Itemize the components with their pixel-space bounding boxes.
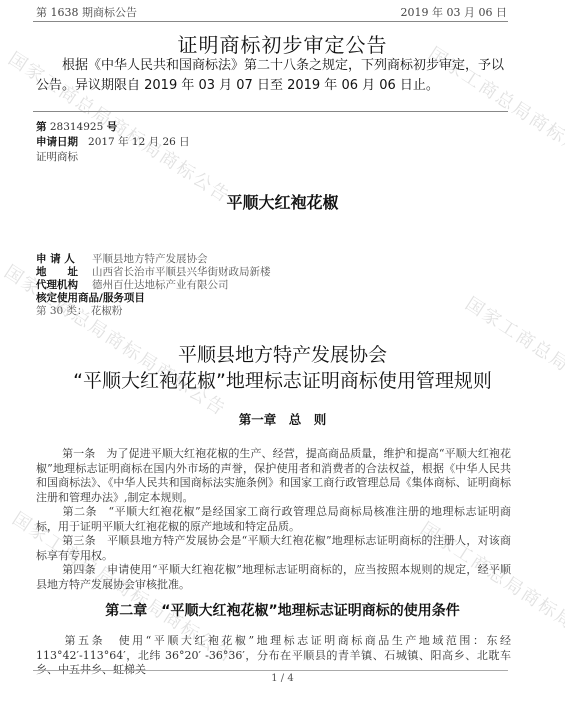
reg-number: 28314925 xyxy=(47,121,107,133)
date-label: 申请日期 xyxy=(36,136,78,148)
rules-title-line1: 平顺县地方特产发展协会 xyxy=(0,340,565,367)
issue-date: 2019 年 03 月 06 日 xyxy=(401,4,507,20)
article-text: 第四条 申请使用“平顺大红袍花椒”地理标志证明商标的，应当按照本规则的规定，经平… xyxy=(36,563,511,591)
class-label: 第 30 类： xyxy=(36,305,88,317)
notice-body: 根据《中华人民共和国商标法》第二十八条之规定，下列商标初步审定，予以公告。异议期… xyxy=(36,56,511,96)
article-text: 第三条 平顺县地方特产发展协会是“平顺大红袍花椒”地理标志证明商标的注册人，对该… xyxy=(36,534,511,562)
chapter-heading: 第一章 总 则 xyxy=(0,410,565,428)
header-divider xyxy=(33,21,508,22)
mark-name: 平顺大红袍花椒 xyxy=(0,190,565,213)
application-date: 申请日期 2017 年 12 月 26 日 xyxy=(36,134,190,149)
notice-text: 根据《中华人民共和国商标法》第二十八条之规定，下列商标初步审定，予以公告。异议期… xyxy=(36,58,504,93)
mark-type: 证明商标 xyxy=(36,149,78,164)
class-row: 第 30 类： 花椒粉 xyxy=(36,303,122,318)
article: 第四条 申请使用“平顺大红袍花椒”地理标志证明商标的，应当按照本规则的规定，经平… xyxy=(36,563,511,592)
class-value: 花椒粉 xyxy=(91,305,123,317)
registration-number: 第 28314925 号 xyxy=(36,119,117,134)
rules-title-line2: “平顺大红袍花椒”地理标志证明商标使用管理规则 xyxy=(0,366,565,393)
article-text: 第二条 “平顺大红袍花椒”是经国家工商行政管理总局商标局核准注册的地理标志证明商… xyxy=(36,505,511,533)
date-value: 2017 年 12 月 26 日 xyxy=(88,136,190,148)
article: 第三条 平顺县地方特产发展协会是“平顺大红袍花椒”地理标志证明商标的注册人，对该… xyxy=(36,534,511,563)
article: 第二条 “平顺大红袍花椒”是经国家工商行政管理总局商标局核准注册的地理标志证明商… xyxy=(36,505,511,534)
reg-prefix: 第 xyxy=(36,121,47,133)
article-text: 第一条 为了促进平顺大红袍花椒的生产、经营，提高商品质量，维护和提高“平顺大红袍… xyxy=(36,447,511,504)
issue-number: 第 1638 期商标公告 xyxy=(36,4,137,20)
footer-divider xyxy=(33,670,508,671)
notice-title: 证明商标初步审定公告 xyxy=(0,29,565,58)
section-divider xyxy=(33,111,508,112)
chapter-heading: 第二章 “平顺大红袍花椒”地理标志证明商标的使用条件 xyxy=(0,600,565,620)
page-number: 1 / 4 xyxy=(0,673,565,684)
reg-suffix: 号 xyxy=(107,121,118,133)
article: 第一条 为了促进平顺大红袍花椒的生产、经营，提高商品质量，维护和提高“平顺大红袍… xyxy=(36,447,511,505)
